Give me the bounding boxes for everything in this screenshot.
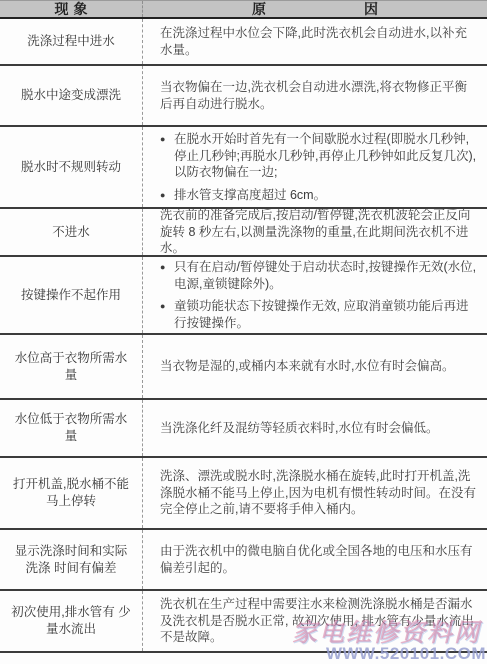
cause-text: 在洗涤过程中水位会下降,此时洗衣机会自动进水,以补充水量。 (160, 25, 477, 58)
phenomenon-cell: 按键操作不起作用 (0, 257, 143, 333)
phenomenon-cell: 打开机盖,脱水桶不能 马上停转 (0, 458, 143, 528)
cause-text: 只有在启动/暂停键处于启动状态时,按键操作无效(水位,电源,童锁键除外)。 (174, 259, 477, 292)
phenomenon-cell: 脱水中途变成漂洗 (0, 66, 143, 125)
bullet-item: ● 在脱水开始时首先有一个间歇脱水过程(即脱水几秒钟,停止几秒钟;再脱水几秒钟,… (160, 131, 477, 181)
header-phenomenon: 现象 (0, 1, 143, 17)
table-row: 水位高于衣物所需水量 当衣物是湿的,或桶内本来就有水时,水位有时会偏高。 (0, 335, 487, 400)
troubleshooting-table-page: 现象 原 因 洗涤过程中进水 在洗涤过程中水位会下降,此时洗衣机会自动进水,以补… (0, 0, 487, 664)
table-row: 打开机盖,脱水桶不能 马上停转 洗涤、漂洗或脱水时,洗涤脱水桶在旋转,此时打开机… (0, 458, 487, 530)
phenomenon-cell: 洗涤过程中进水 (0, 19, 143, 64)
cause-text: 当洗涤化纤及混纺等轻质衣料时,水位有时会偏低。 (160, 420, 477, 437)
table-row: 初次使用,排水管有 少量水流出 洗衣机在生产过程中需要注水来检测洗涤脱水桶是否漏… (0, 591, 487, 653)
cause-cell: 洗涤、漂洗或脱水时,洗涤脱水桶在旋转,此时打开机盖,洗涤脱水桶不能马上停止,因为… (143, 458, 487, 528)
cause-text: 洗衣机在生产过程中需要注水来检测洗涤脱水桶是否漏水及洗衣机是否脱水正常, 故初次… (160, 596, 477, 646)
cause-text: 洗衣前的准备完成后,按启动/暂停键,洗衣机波轮会正反向旋转 8 秒左右,以测量洗… (160, 207, 477, 257)
bullet-icon: ● (160, 259, 174, 276)
cause-text: 排水管支撑高度超过 6cm。 (174, 187, 326, 204)
phenomenon-cell: 显示洗涤时间和实际洗涤 时间有偏差 (0, 530, 143, 589)
table-row: 脱水中途变成漂洗 当衣物偏在一边,洗衣机会自动进水漂洗,将衣物修正平衡后再自动进… (0, 66, 487, 127)
header-cause: 原 因 (143, 1, 487, 17)
bullet-item: ● 排水管支撑高度超过 6cm。 (160, 187, 477, 204)
phenomenon-cell: 不进水 (0, 209, 143, 255)
bullet-item: ● 只有在启动/暂停键处于启动状态时,按键操作无效(水位,电源,童锁键除外)。 (160, 259, 477, 292)
table-header-row: 现象 原 因 (0, 0, 487, 19)
cause-text: 当衣物是湿的,或桶内本来就有水时,水位有时会偏高。 (160, 358, 477, 375)
bullet-icon: ● (160, 131, 174, 148)
bullet-icon: ● (160, 298, 174, 315)
cause-cell: ● 只有在启动/暂停键处于启动状态时,按键操作无效(水位,电源,童锁键除外)。 … (143, 257, 487, 333)
bullet-item: ● 童锁功能状态下按键操作无效, 应取消童锁功能后再进行按键操作。 (160, 298, 477, 331)
phenomenon-cell: 水位高于衣物所需水量 (0, 335, 143, 398)
table-row: 脱水时不规则转动 ● 在脱水开始时首先有一个间歇脱水过程(即脱水几秒钟,停止几秒… (0, 127, 487, 209)
phenomenon-cell: 水位低于衣物所需水量 (0, 400, 143, 456)
phenomenon-cell: 脱水时不规则转动 (0, 127, 143, 207)
cause-text: 童锁功能状态下按键操作无效, 应取消童锁功能后再进行按键操作。 (174, 298, 477, 331)
cause-text: 洗涤、漂洗或脱水时,洗涤脱水桶在旋转,此时打开机盖,洗涤脱水桶不能马上停止,因为… (160, 468, 477, 518)
cause-text: 在脱水开始时首先有一个间歇脱水过程(即脱水几秒钟,停止几秒钟;再脱水几秒钟,再停… (174, 131, 477, 181)
cause-cell: 当衣物是湿的,或桶内本来就有水时,水位有时会偏高。 (143, 335, 487, 398)
table-row: 不进水 洗衣前的准备完成后,按启动/暂停键,洗衣机波轮会正反向旋转 8 秒左右,… (0, 209, 487, 257)
cause-cell: 洗衣前的准备完成后,按启动/暂停键,洗衣机波轮会正反向旋转 8 秒左右,以测量洗… (143, 209, 487, 255)
table-row: 洗涤过程中进水 在洗涤过程中水位会下降,此时洗衣机会自动进水,以补充水量。 (0, 19, 487, 66)
cause-text: 由于洗衣机中的微电脑自优化或全国各地的电压和水压有偏差引起的。 (160, 543, 477, 576)
cause-cell: ● 在脱水开始时首先有一个间歇脱水过程(即脱水几秒钟,停止几秒钟;再脱水几秒钟,… (143, 127, 487, 207)
phenomenon-cell: 初次使用,排水管有 少量水流出 (0, 591, 143, 651)
table-row: 水位低于衣物所需水量 当洗涤化纤及混纺等轻质衣料时,水位有时会偏低。 (0, 400, 487, 458)
cause-cell: 洗衣机在生产过程中需要注水来检测洗涤脱水桶是否漏水及洗衣机是否脱水正常, 故初次… (143, 591, 487, 651)
cause-cell: 在洗涤过程中水位会下降,此时洗衣机会自动进水,以补充水量。 (143, 19, 487, 64)
bullet-icon: ● (160, 187, 174, 204)
table-row: 显示洗涤时间和实际洗涤 时间有偏差 由于洗衣机中的微电脑自优化或全国各地的电压和… (0, 530, 487, 591)
cause-cell: 当洗涤化纤及混纺等轻质衣料时,水位有时会偏低。 (143, 400, 487, 456)
cause-text: 当衣物偏在一边,洗衣机会自动进水漂洗,将衣物修正平衡后再自动进行脱水。 (160, 79, 477, 112)
table-row: 按键操作不起作用 ● 只有在启动/暂停键处于启动状态时,按键操作无效(水位,电源… (0, 257, 487, 335)
cause-cell: 当衣物偏在一边,洗衣机会自动进水漂洗,将衣物修正平衡后再自动进行脱水。 (143, 66, 487, 125)
cause-cell: 由于洗衣机中的微电脑自优化或全国各地的电压和水压有偏差引起的。 (143, 530, 487, 589)
